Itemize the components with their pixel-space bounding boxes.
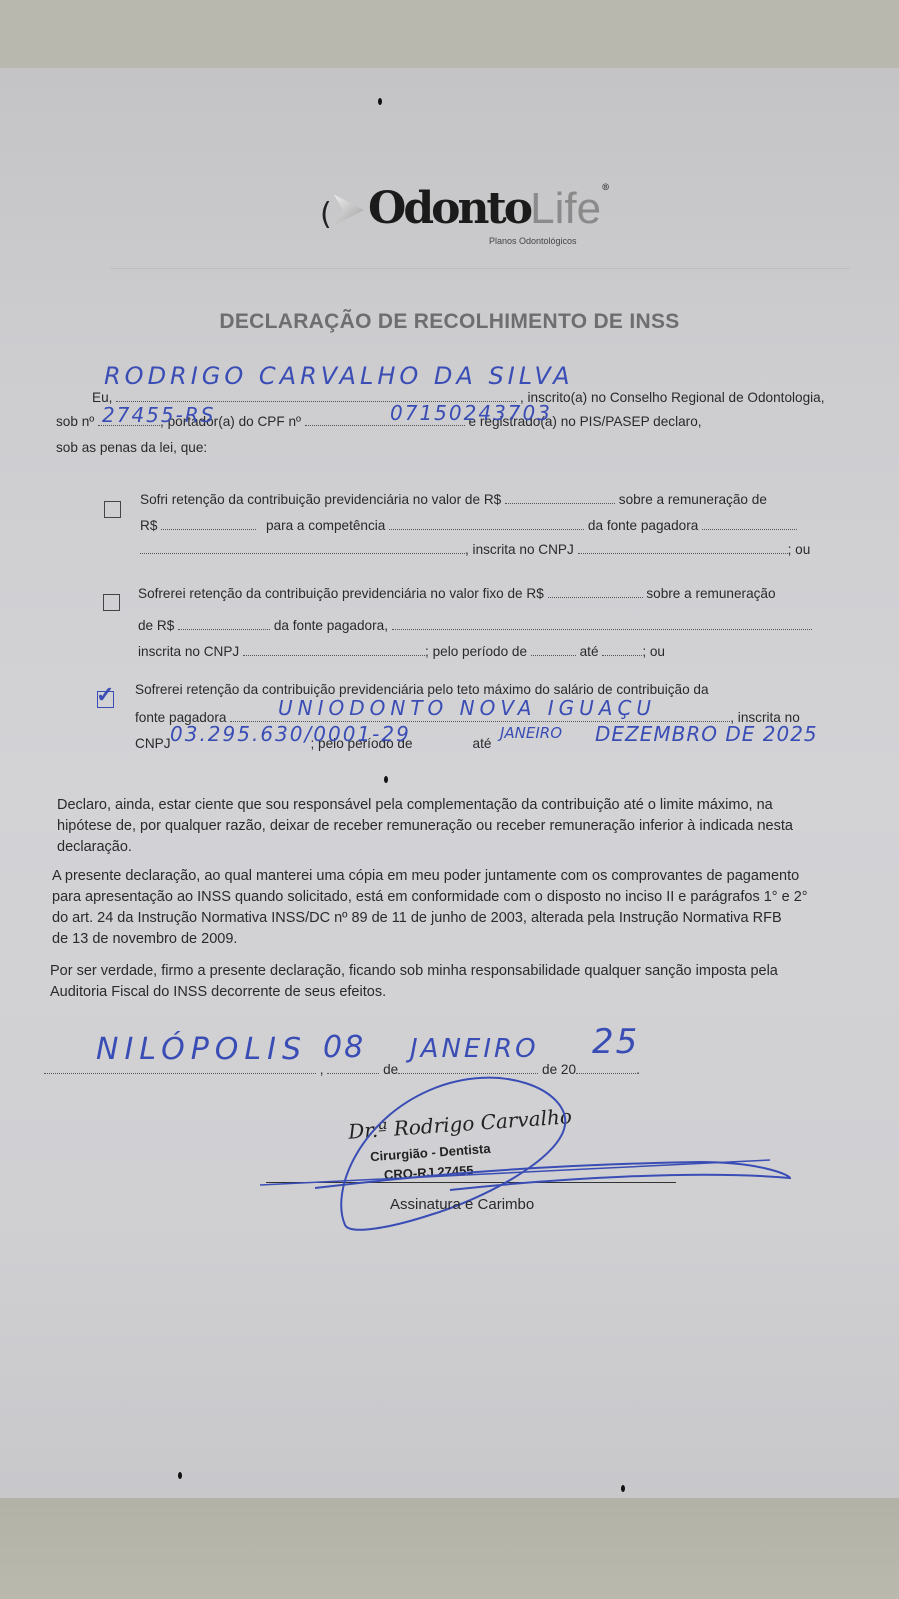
paper-speck (378, 98, 382, 105)
paper-speck (621, 1485, 625, 1492)
paper-speck (384, 776, 388, 783)
handwritten-signature (0, 0, 899, 1599)
paper-speck (178, 1472, 182, 1479)
signature-label: Assinatura e Carimbo (390, 1196, 534, 1213)
